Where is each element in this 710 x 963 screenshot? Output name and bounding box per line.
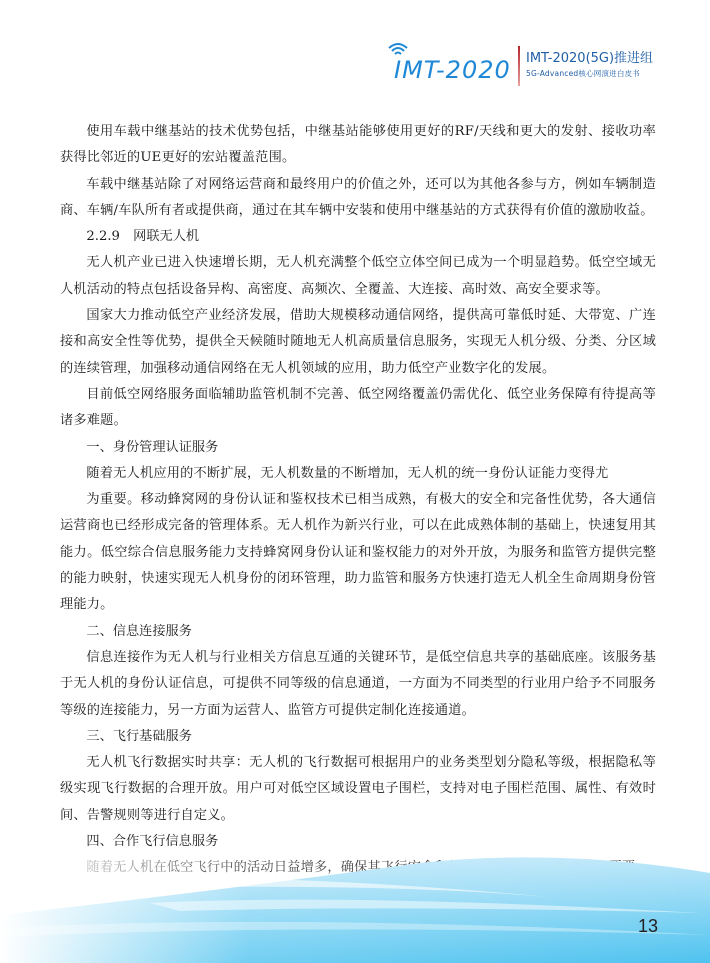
page-content: 使用车载中继基站的技术优势包括，中继基站能够使用更好的RF/天线和更大的发射、接… [60,119,656,882]
subsection-title: 四、合作飞行信息服务 [60,829,656,855]
document-subtitle: 5G-Advanced核心网演进白皮书 [526,68,640,79]
paragraph: 国家大力推动低空产业经济发展，借助大规模移动通信网络，提供高可靠低时延、大带宽、… [60,303,656,382]
paragraph: 随着无人机应用的不断扩展，无人机数量的不断增加，无人机的统一身份认证能力变得尤 [60,461,656,487]
paragraph: 无人机产业已进入快速增长期，无人机充满整个低空立体空间已成为一个明显趋势。低空空… [60,250,656,303]
imt-2020-logo: IMT-2020 [384,42,512,86]
page-number: 13 [638,916,658,937]
section-heading: 2.2.9 网联无人机 [60,224,656,250]
paragraph: 为重要。移动蜂窝网的身份认证和鉴权技术已相当成熟，有极大的安全和完备性优势，各大… [60,487,656,618]
subsection-title: 二、信息连接服务 [60,619,656,645]
paragraph: 信息连接作为无人机与行业相关方信息互通的关键环节，是低空信息共享的基础底座。该服… [60,645,656,724]
subsection-title: 三、飞行基础服务 [60,724,656,750]
paragraph: 无人机飞行数据实时共享：无人机的飞行数据可根据用户的业务类型划分隐私等级，根据隐… [60,750,656,829]
header-divider [518,46,520,86]
org-title: IMT-2020(5G)推进组 [526,47,653,66]
paragraph: 车载中继基站除了对网络运营商和最终用户的价值之外，还可以为其他各参与方，例如车辆… [60,172,656,225]
logo-text: IMT-2020 [394,56,511,84]
page-header: IMT-2020 IMT-2020(5G)推进组 5G-Advanced核心网演… [384,40,684,90]
footer-wave-decoration [0,853,710,963]
paragraph: 使用车载中继基站的技术优势包括，中继基站能够使用更好的RF/天线和更大的发射、接… [60,119,656,172]
subsection-title: 一、身份管理认证服务 [60,435,656,461]
paragraph: 目前低空网络服务面临辅助监管机制不完善、低空网络覆盖仍需优化、低空业务保障有待提… [60,382,656,435]
